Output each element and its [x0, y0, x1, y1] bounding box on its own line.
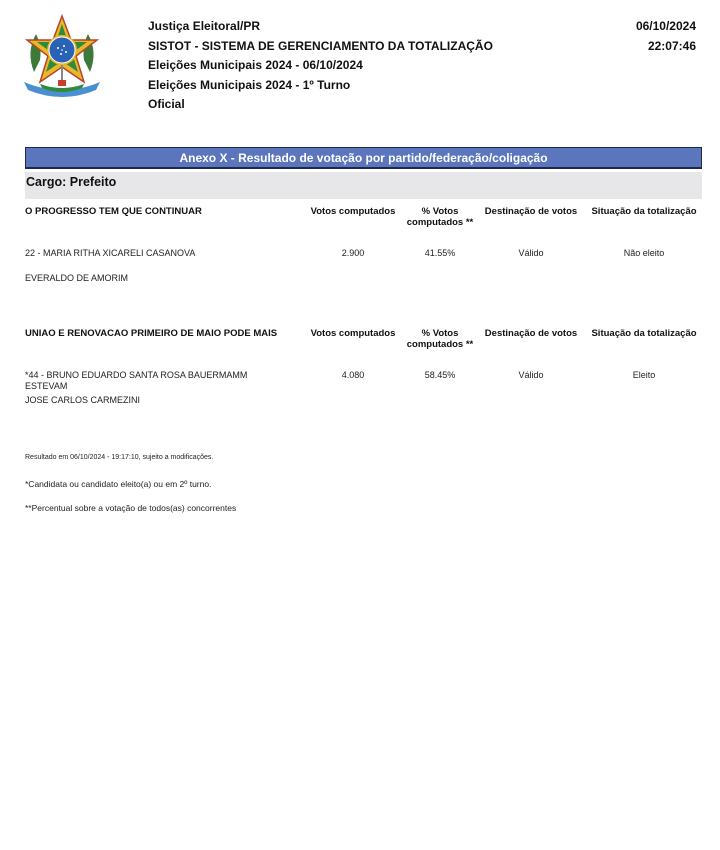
percent-footnote: **Percentual sobre a votação de todos(as…	[25, 503, 236, 513]
report-title-banner: Anexo X - Resultado de votação por parti…	[25, 147, 702, 169]
header-date: 06/10/2024	[636, 17, 696, 37]
header-election-date: Eleições Municipais 2024 - 06/10/2024	[148, 56, 493, 76]
party-name: O PROGRESSO TEM QUE CONTINUAR	[25, 206, 202, 217]
result-timestamp-note: Resultado em 06/10/2024 - 19:17:10, suje…	[25, 454, 213, 461]
column-header-votos: Votos computados	[308, 328, 398, 339]
candidate-destinacao: Válido	[481, 248, 581, 259]
column-header-pct-line1: % Votos	[422, 328, 459, 339]
candidate-votos: 2.900	[308, 248, 398, 259]
column-header-situacao: Situação da totalização	[588, 328, 700, 339]
column-header-destinacao: Destinação de votos	[481, 328, 581, 339]
column-header-situacao: Situação da totalização	[588, 206, 700, 217]
header-time: 22:07:46	[636, 37, 696, 57]
vice-candidate-name: EVERALDO DE AMORIM	[25, 273, 128, 284]
party-name: UNIAO E RENOVACAO PRIMEIRO DE MAIO PODE …	[25, 328, 277, 339]
vice-candidate-name: JOSE CARLOS CARMEZINI	[25, 395, 140, 406]
column-header-pct-line2: computados **	[407, 217, 474, 228]
candidate-destinacao: Válido	[481, 370, 581, 381]
candidate-situacao: Não eleito	[588, 248, 700, 259]
cargo-label: Cargo: Prefeito	[25, 172, 702, 199]
candidate-name: 22 - MARIA RITHA XICARELI CASANOVA	[25, 248, 285, 259]
column-header-pct: % Votos computados **	[403, 328, 477, 350]
column-header-pct-line1: % Votos	[422, 206, 459, 217]
candidate-situacao: Eleito	[588, 370, 700, 381]
header-election-round: Eleições Municipais 2024 - 1º Turno	[148, 76, 493, 96]
column-header-pct: % Votos computados **	[403, 206, 477, 228]
candidate-pct: 58.45%	[403, 370, 477, 381]
candidate-pct: 41.55%	[403, 248, 477, 259]
header-timestamp: 06/10/2024 22:07:46	[636, 17, 696, 56]
column-header-votos: Votos computados	[308, 206, 398, 217]
elected-footnote: *Candidata ou candidato eleito(a) ou em …	[25, 479, 211, 489]
candidate-name: *44 - BRUNO EDUARDO SANTA ROSA BAUERMAMM…	[25, 370, 285, 392]
header-institution: Justiça Eleitoral/PR	[148, 17, 493, 37]
report-header: Justiça Eleitoral/PR SISTOT - SISTEMA DE…	[148, 17, 493, 115]
candidate-votos: 4.080	[308, 370, 398, 381]
header-status: Oficial	[148, 95, 493, 115]
column-header-pct-line2: computados **	[407, 339, 474, 350]
brazil-coat-of-arms-icon	[20, 12, 104, 100]
header-system: SISTOT - SISTEMA DE GERENCIAMENTO DA TOT…	[148, 37, 493, 57]
column-header-destinacao: Destinação de votos	[481, 206, 581, 217]
